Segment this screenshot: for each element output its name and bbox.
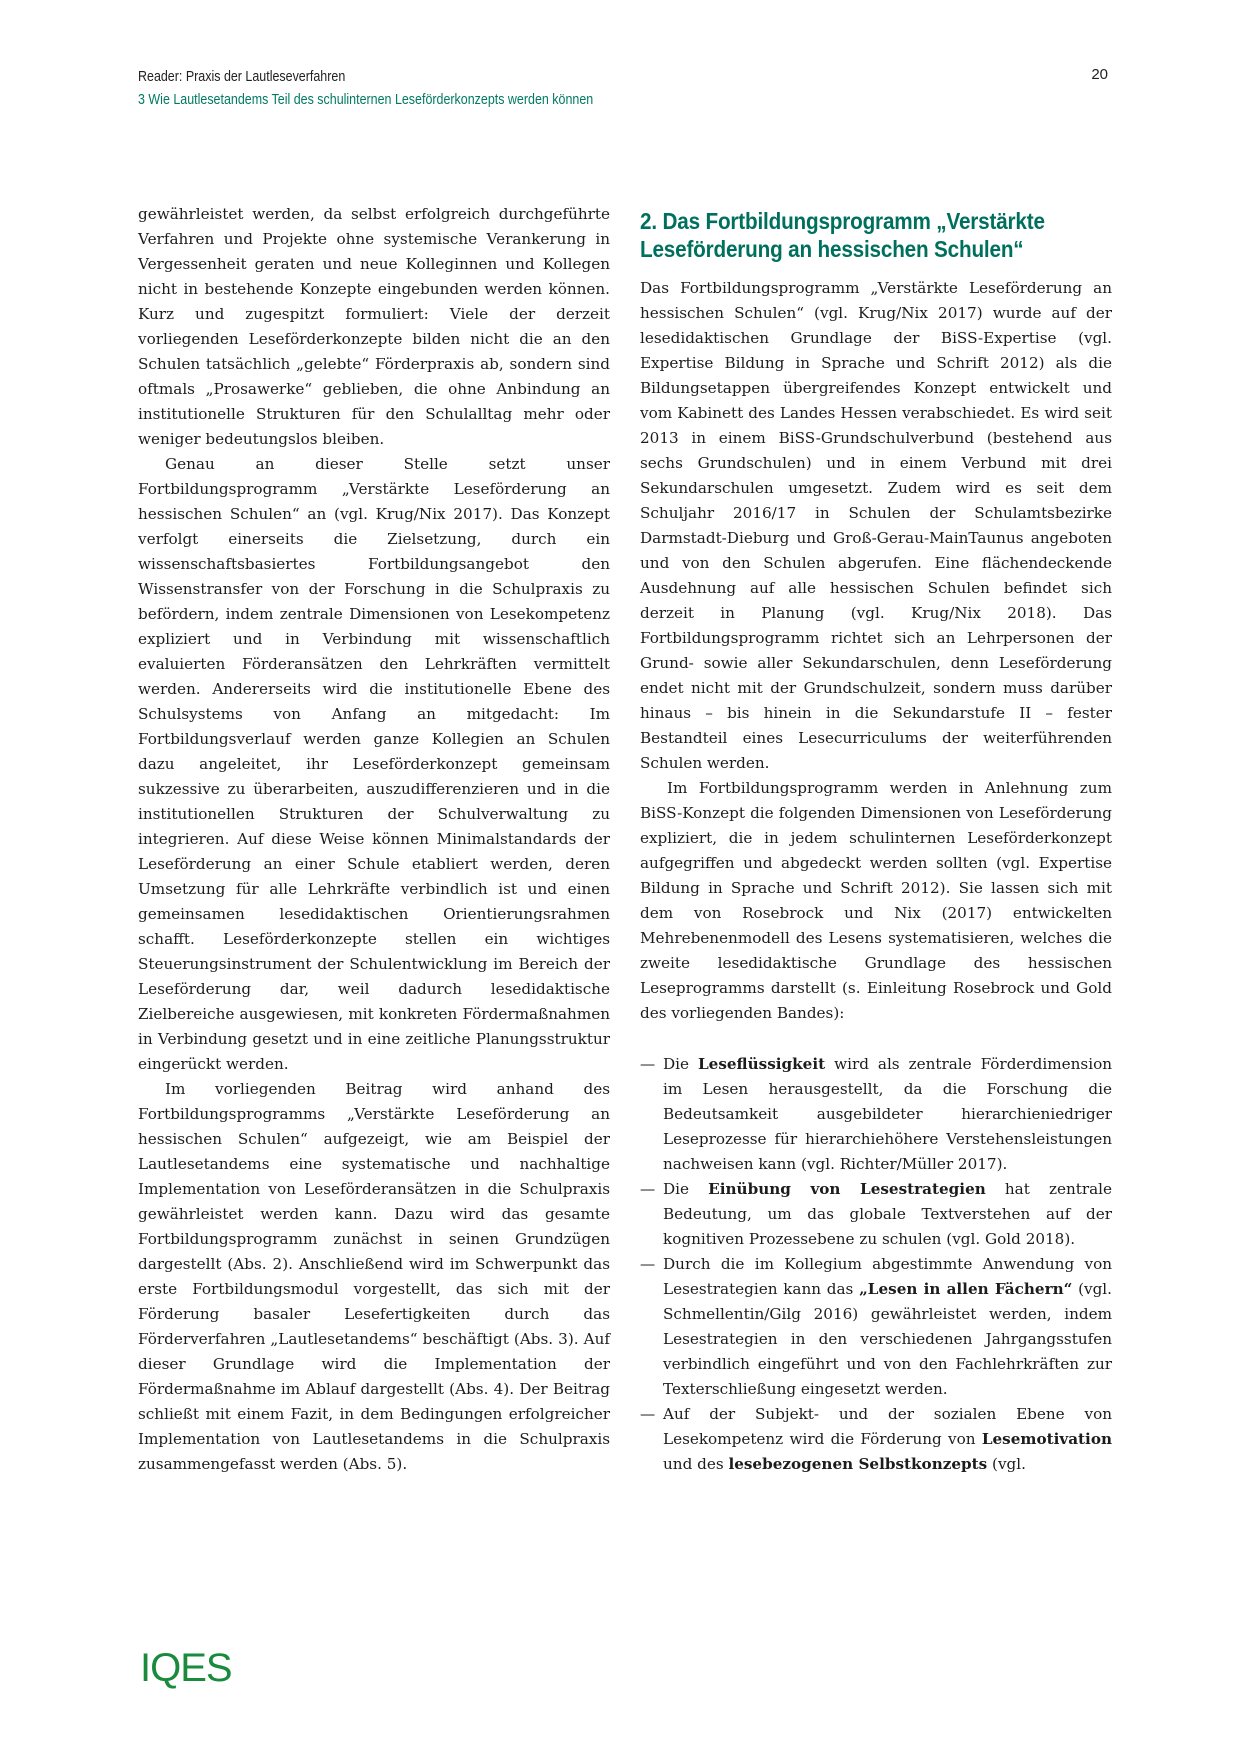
paragraph: gewährleistet werden, da selbst erfolgre… [138, 202, 610, 452]
emphasis: Lesemotivation [982, 1430, 1112, 1448]
list-item: — Die Leseflüssigkeit wird als zentrale … [640, 1052, 1112, 1177]
section-heading: 2. Das Fortbildungsprogramm „Verstärkte … [640, 207, 1117, 263]
dash-bullet-icon: — [640, 1177, 655, 1202]
dash-bullet-icon: — [640, 1252, 655, 1277]
emphasis: Einübung von Lesestrategien [708, 1180, 986, 1198]
list-item-text: (vgl. [987, 1455, 1026, 1473]
page-number: 20 [1091, 66, 1108, 83]
right-column: 2. Das Fortbildungsprogramm „Verstärkte … [640, 207, 1112, 1477]
chapter-subtitle: 3 Wie Lautlesetandems Teil des schulinte… [138, 89, 955, 112]
emphasis: Leseflüssigkeit [698, 1055, 825, 1073]
emphasis: lesebezogenen Selbstkonzepts [728, 1455, 987, 1473]
list-item: — Durch die im Kollegium abgestimmte Anw… [640, 1252, 1112, 1402]
list-item-text: Die [663, 1180, 708, 1198]
left-column: gewährleistet werden, da selbst erfolgre… [138, 202, 610, 1477]
dash-bullet-icon: — [640, 1402, 655, 1427]
iqes-logo: IQES [140, 1646, 232, 1691]
list-item: — Die Einübung von Lesestrategien hat ze… [640, 1177, 1112, 1252]
paragraph: Im Fortbildungsprogramm werden in Anlehn… [640, 776, 1112, 1026]
document-title: Reader: Praxis der Lautleseverfahren [138, 66, 955, 89]
paragraph: Im vorliegenden Beitrag wird anhand des … [138, 1077, 610, 1477]
emphasis: „Lesen in allen Fächern“ [859, 1280, 1072, 1298]
list-item-text: und des [663, 1455, 728, 1473]
paragraph: Das Fortbildungsprogramm „Verstärkte Les… [640, 276, 1112, 776]
list-item-text: Die [663, 1055, 698, 1073]
list-item: — Auf der Subjekt- und der sozialen Eben… [640, 1402, 1112, 1477]
dash-bullet-icon: — [640, 1052, 655, 1077]
running-header-text: Reader: Praxis der Lautleseverfahren 3 W… [138, 66, 955, 112]
dimension-list: — Die Leseflüssigkeit wird als zentrale … [640, 1052, 1112, 1477]
paragraph: Genau an dieser Stelle setzt unser Fortb… [138, 452, 610, 1077]
